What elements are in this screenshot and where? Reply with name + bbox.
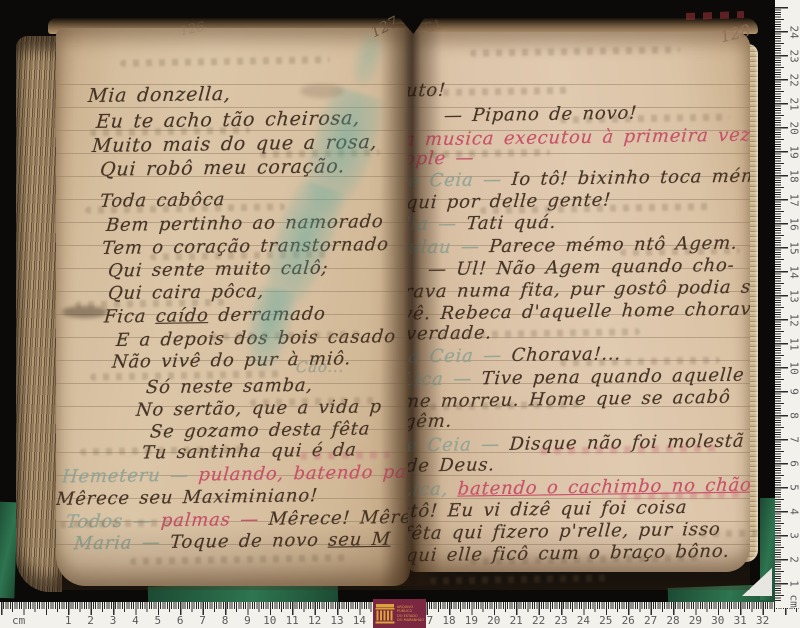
handwriting-segment: No sertão, que a vida p [135,396,382,420]
handwriting-segment: Mêrece seu Maximiniano! [56,485,319,510]
handwriting-segment: Tem o coração transtornado [101,234,389,259]
ruler-number: 10 [263,614,276,627]
handwriting-segment: derramado [208,303,327,326]
ruler-number: 16 [788,218,800,230]
handwriting-segment: de Deus. [408,454,496,476]
ruler-number: 29 [689,614,702,627]
manuscript-page-left: Mia donzella,Eu te acho tão cheirosa,Mui… [56,28,410,586]
ruler-number: 23 [554,614,567,627]
ruler-number: 27 [644,614,657,627]
handwriting-segment: batendo o cachimbo no chão [457,475,750,500]
manuscript-line: Tem o coração transtornado [101,234,389,259]
ruler-number: 1 [788,578,800,590]
manuscript-line: Qui sente muito calô; [107,257,329,281]
manuscript-line: Fica caído derramado [103,303,326,327]
handwriting-segment: utô! Eu vi dizê qui foi coisa [408,497,688,522]
ruler-number: 3 [110,614,117,627]
manuscript-line: Mêrece seu Maximiniano! [56,485,319,510]
manuscript-line: Muito mais do que a rosa, [91,131,378,157]
handwriting-segment: Toque de novo [169,530,329,553]
handwriting-segment: verdade. [408,322,493,344]
handwriting-layer: Mia donzella,Eu te acho tão cheirosa,Mui… [56,28,410,586]
handwriting-segment: qui elle ficô cum o braço bôno. [408,541,730,567]
handwriting-segment: Maria — [73,532,171,554]
manuscript-line: Tu santinha qui é da [141,439,357,463]
manuscript-line: de Deus. [408,454,496,476]
ruler-number: 1 [65,614,72,627]
ruler-number: 14 [353,614,366,627]
manuscript-line: verdade. [408,322,493,344]
handwriting-segment: palmas — [160,509,269,532]
handwriting-segment: Muito mais do que a rosa, [91,131,378,157]
handwriting-segment: fêta qui fizero p'relle, pur isso [408,519,721,544]
manuscript-line: qui elle ficô cum o braço bôno. [408,541,730,567]
handwriting-segment: Io tô! bixinho toca mémo [511,165,750,190]
ruler-number: 24 [577,614,590,627]
ruler-ticks-cm [775,7,788,601]
handwriting-segment: lulau — [408,236,490,258]
manuscript-line: vê. Rebeca d'aquelle home chorava [408,298,750,324]
ruler-number: 25 [599,614,612,627]
ruler-number: 7 [788,434,800,446]
handwriting-segment: le Ceia — [408,169,512,192]
ruler-number: 6 [788,458,800,470]
handwriting-segment: seu M [328,529,392,551]
ruler-number: 20 [487,614,500,627]
manuscript-line: utô! Eu vi dizê qui foi coisa [408,497,688,522]
ruler-number: 17 [788,194,800,206]
ink-bleed-ghost [430,574,610,584]
ruler-number: 3 [788,530,800,542]
manuscript-line: a musica executou à primeira vez. [408,125,750,151]
ruler-number: 31 [734,614,747,627]
ruler-number: 13 [788,290,800,302]
ruler-number: 12 [788,314,800,326]
handwriting-segment: Tive pena quando aquelle [481,365,745,390]
manuscript-line: ople — [408,147,475,169]
handwriting-segment: vê. Rebeca d'aquelle home chorava [408,298,750,324]
ruler-number: 24 [788,26,800,38]
vertical-ruler: 242322212019181716151413121110987654321c… [775,0,800,608]
ruler-number: 11 [788,338,800,350]
ruler-number: 4 [132,614,139,627]
handwriting-segment: Lica — [408,368,482,390]
manuscript-line: Lica, batendo o cachimbo no chão [408,475,750,501]
handwriting-segment: Qui robô meu coração. [99,155,346,180]
ruler-number: 8 [222,614,229,627]
handwriting-segment: Tati quá. [466,212,557,234]
archive-logo: ARQUIVOPÚBLICODO ESTADODO MARANHÃO [373,599,426,628]
ruler-number: 22 [788,74,800,86]
ruler-number: 20 [788,122,800,134]
handwriting-segment: Bem pertinho ao namorado [105,211,384,236]
ruler-number: 21 [788,98,800,110]
manuscript-photo: Mia donzella,Eu te acho tão cheirosa,Mui… [0,0,800,628]
ruler-number: 21 [510,614,523,627]
handwriting-segment: qui por delle gente! [408,190,612,214]
ruler-number: 5 [154,614,161,627]
handwriting-segment: le Ceia — [408,434,510,457]
manuscript-line: Hemeteru — pulando, batendo pal [61,462,410,488]
handwriting-segment: me morreu. Home que se acabô [408,387,731,413]
ruler-number: 7 [199,614,206,627]
handwriting-segment: E a depois dos bois casado [115,326,396,351]
handwriting-segment: Chorava!... [511,343,622,366]
ruler-number: 26 [622,614,635,627]
manuscript-line: le Ceia — Disque não foi molestã [408,431,745,457]
handwriting-segment: Qui sente muito calô; [107,257,329,281]
ruler-number: 5 [788,482,800,494]
handwriting-segment: Só neste samba, [145,375,314,398]
handwriting-segment: ople — [408,147,475,169]
ruler-number: 8 [788,410,800,422]
ruler-number: 28 [666,614,679,627]
handwriting-segment: gêm. [408,411,453,433]
manuscript-line: Cão... [295,358,345,377]
handwriting-segment: lia — [408,213,467,235]
ruler-number: 2 [788,554,800,566]
manuscript-line: Toda cabôca [99,189,226,212]
ruler-number: 23 [788,50,800,62]
ruler-number: 9 [244,614,251,627]
archive-building-icon [375,603,395,625]
handwriting-segment: Toda cabôca [99,189,226,212]
ruler-number: 4 [788,506,800,518]
manuscript-line: Maria — Toque de novo seu M [73,529,391,554]
ruler-number: 18 [442,614,455,627]
manuscript-line: — Pipano de novo! [443,103,638,127]
ruler-number: 15 [788,242,800,254]
handwriting-segment: Cão... [295,358,345,377]
handwriting-segment: Qui caira pôca, [107,281,265,304]
ruler-number: 9 [788,386,800,398]
manuscript-line: uto! [408,80,447,102]
ruler-unit-label: cm [12,614,25,627]
handwriting-segment: uto! [408,80,447,102]
ruler-number: 6 [177,614,184,627]
manuscript-line: Qui robô meu coração. [99,155,346,180]
handwriting-segment: Todos — [65,510,161,532]
ruler-number: 10 [788,362,800,374]
manuscript-line: la Ceia — Chorava!... [408,343,622,367]
ink-smudge [300,84,344,98]
ruler-number: 19 [465,614,478,627]
handwriting-segment: Disque não foi molestã [509,431,745,455]
handwriting-segment: pulando, batendo pal [198,462,410,486]
ruler-number: 11 [286,614,299,627]
handwriting-segment: Tu santinha qui é da [141,439,357,463]
manuscript-line: No sertão, que a vida p [135,396,382,420]
ruler-number: 22 [532,614,545,627]
handwriting-segment: — Pipano de novo! [443,103,638,127]
handwriting-segment: Lica, [408,479,459,501]
manuscript-line: gêm. [408,411,453,433]
ruler-number: 14 [788,266,800,278]
ruler-number: 32 [756,614,769,627]
handwriting-segment: — Ul! Não Agem quando cho- [427,255,735,280]
manuscript-line: Bem pertinho ao namorado [105,211,384,236]
manuscript-line: E a depois dos bois casado [115,326,396,351]
ruler-unit-label: cm [788,595,800,607]
manuscript-line: fêta qui fizero p'relle, pur isso [408,519,721,544]
manuscript-line: le Ceia — Io tô! bixinho toca mémo [408,165,750,191]
manuscript-line: Mia donzella, [87,83,232,107]
manuscript-line: qui por delle gente! [408,190,612,214]
handwriting-segment: la Ceia — [408,345,512,368]
manuscript-line: lia — Tati quá. [408,212,557,235]
manuscript-line: Eu te acho tão cheirosa, [95,107,361,133]
handwriting-segment: Parece mémo ntô Agem. [489,233,739,257]
handwriting-layer: uto!— Pipano de novo!a musica executou à… [408,32,750,572]
manuscript-line: — Ul! Não Agem quando cho- [427,255,735,280]
ruler-number: 18 [788,170,800,182]
archive-logo-text: ARQUIVOPÚBLICODO ESTADODO MARANHÃO [397,605,424,623]
ruler-number: 19 [788,146,800,158]
ink-smudge [62,306,108,318]
ruler-number: 12 [308,614,321,627]
archive-logo-text-line: DO MARANHÃO [397,618,424,622]
handwriting-segment: Mêrece! Mêrece! [268,506,410,529]
manuscript-line: Só neste samba, [145,375,314,398]
handwriting-segment: Fica [103,306,156,328]
ruler-number: 2 [87,614,94,627]
handwriting-segment: Mia donzella, [87,83,232,107]
handwriting-segment: a musica executou à primeira vez. [408,125,750,151]
ruler-number: 30 [711,614,724,627]
ruler-number: 13 [330,614,343,627]
handwriting-segment: caído [155,305,209,327]
manuscript-page-right: uto!— Pipano de novo!a musica executou à… [408,32,750,572]
manuscript-line: me morreu. Home que se acabô [408,387,731,413]
handwriting-segment: Hemeteru — [61,465,199,488]
manuscript-line: Qui caira pôca, [107,281,265,304]
handwriting-segment: Eu te acho tão cheirosa, [95,107,361,133]
